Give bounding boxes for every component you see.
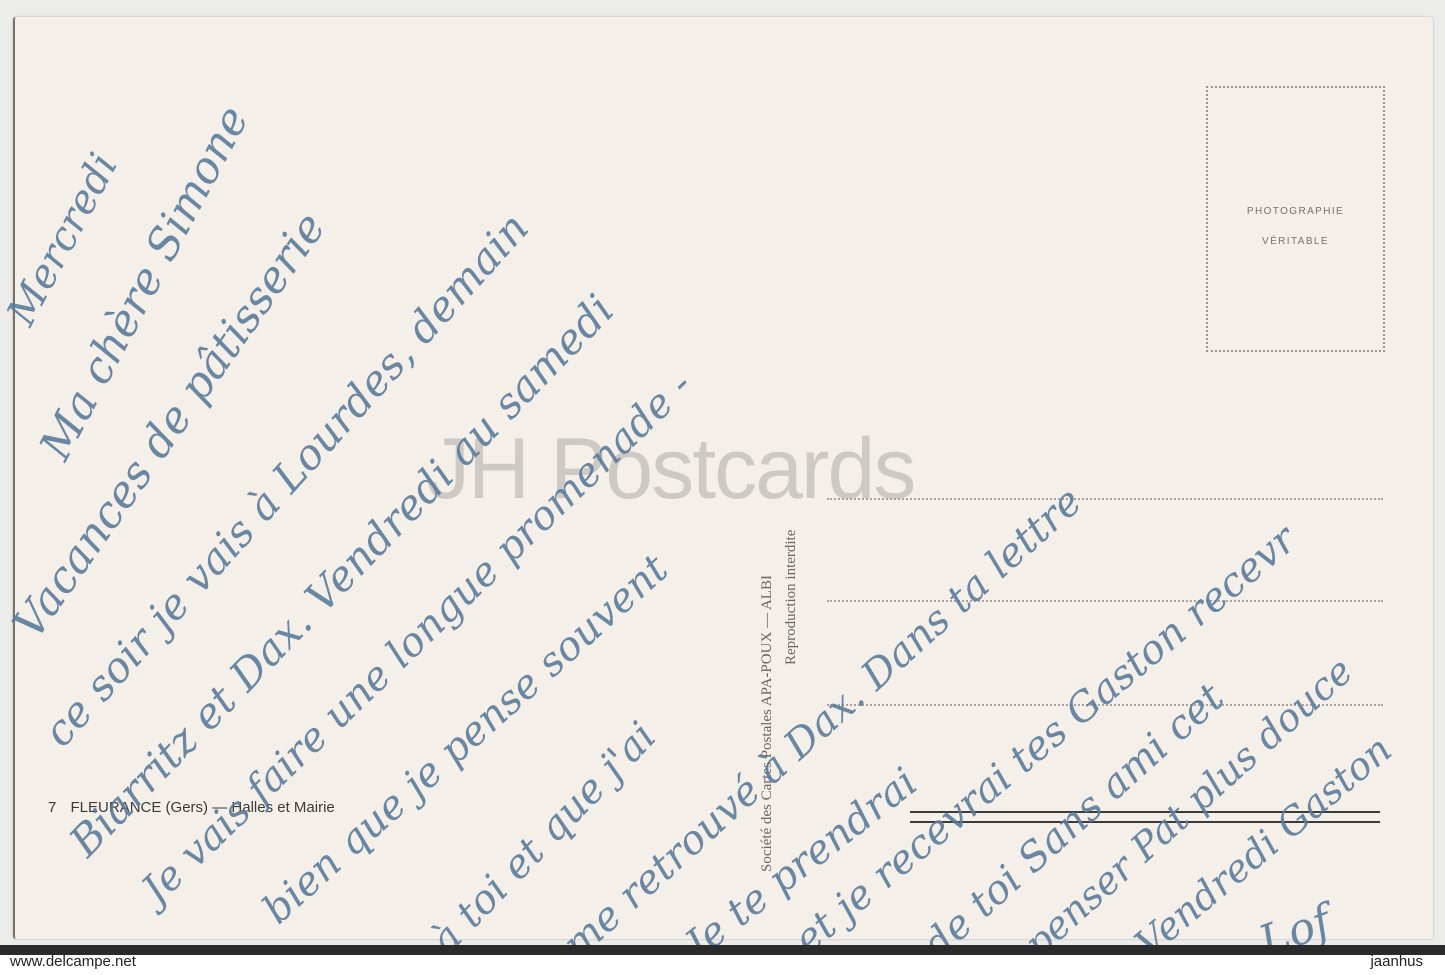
stamp-label-line1: PHOTOGRAPHIE bbox=[1208, 206, 1383, 217]
source-site-label: www.delcampe.net bbox=[10, 953, 136, 970]
footer: www.delcampe.net jaanhus bbox=[0, 955, 1445, 975]
stamp-box: PHOTOGRAPHIE VÉRITABLE bbox=[1206, 86, 1385, 352]
handwriting-line: Je vais faire une longue promenade - bbox=[133, 362, 701, 913]
postcard: JH Postcards PHOTOGRAPHIE VÉRITABLE Soci… bbox=[13, 17, 1433, 939]
address-line-2 bbox=[827, 600, 1383, 602]
publisher-line: Société des Cartes Postales APA-POUX — A… bbox=[759, 575, 776, 872]
seller-label: jaanhus bbox=[1370, 953, 1423, 970]
reproduction-notice: Reproduction interdite bbox=[783, 530, 800, 665]
scan-edge bbox=[0, 945, 1445, 955]
handwriting-line: Biarritz et Dax. Vendredi au samedi bbox=[60, 285, 623, 866]
address-line-1 bbox=[827, 498, 1383, 500]
caption-number: 7 bbox=[48, 799, 56, 816]
stamp-label-line2: VÉRITABLE bbox=[1208, 236, 1383, 247]
